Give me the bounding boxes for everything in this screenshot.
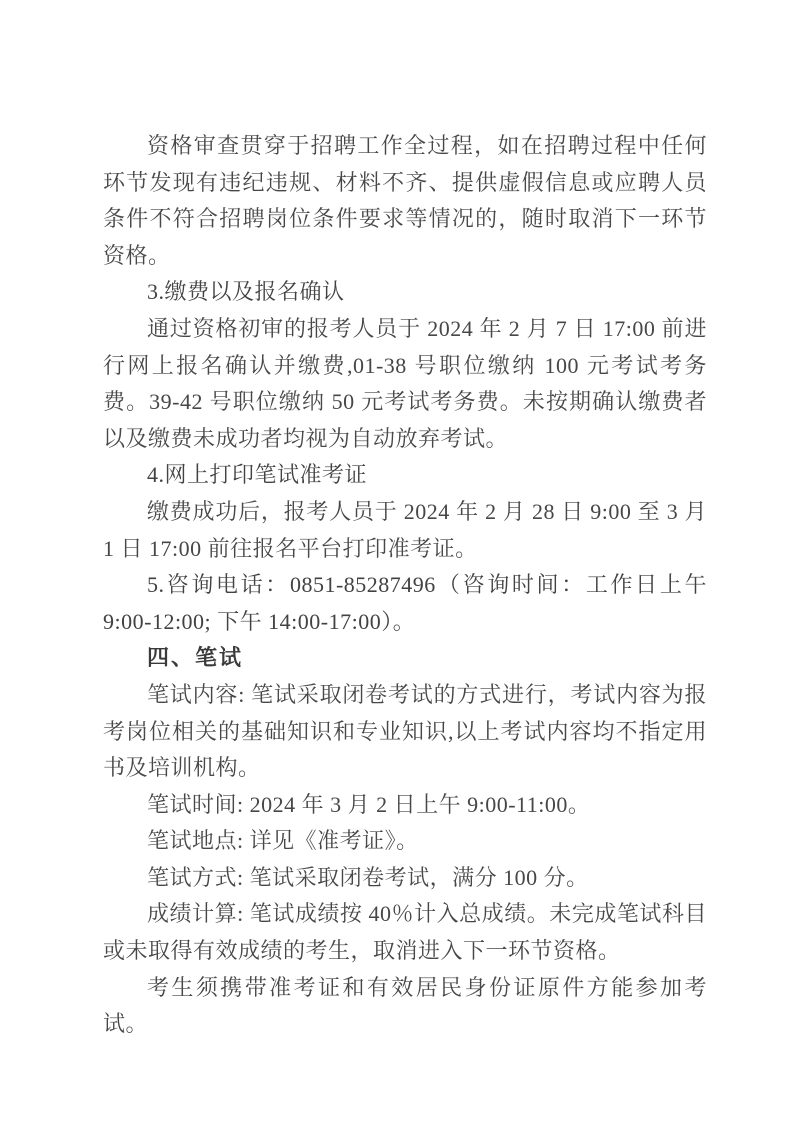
subheading-payment-and-confirmation: 3.缴费以及报名确认	[103, 274, 707, 311]
paragraph-consultation-phone: 5.咨询电话：0851-85287496（咨询时间：工作日上午 9:00-12:…	[103, 567, 707, 640]
section-heading-written-exam: 四、笔试	[103, 640, 707, 677]
paragraph-qualification-review: 资格审查贯穿于招聘工作全过程，如在招聘过程中任何环节发现有违纪违规、材料不齐、提…	[103, 128, 707, 274]
document-body: 资格审查贯穿于招聘工作全过程，如在招聘过程中任何环节发现有违纪违规、材料不齐、提…	[103, 128, 707, 1043]
paragraph-exam-time: 笔试时间: 2024 年 3 月 2 日上午 9:00-11:00。	[103, 787, 707, 824]
subheading-print-admission-ticket: 4.网上打印笔试准考证	[103, 457, 707, 494]
paragraph-exam-method: 笔试方式: 笔试采取闭卷考试，满分 100 分。	[103, 860, 707, 897]
paragraph-exam-content: 笔试内容: 笔试采取闭卷考试的方式进行，考试内容为报考岗位相关的基础知识和专业知…	[103, 677, 707, 787]
paragraph-payment-details: 通过资格初审的报考人员于 2024 年 2 月 7 日 17:00 前进行网上报…	[103, 311, 707, 457]
paragraph-score-calculation: 成绩计算: 笔试成绩按 40％计入总成绩。未完成笔试科目或未取得有效成绩的考生，…	[103, 896, 707, 969]
paragraph-id-requirement: 考生须携带准考证和有效居民身份证原件方能参加考试。	[103, 970, 707, 1043]
document-page: 资格审查贯穿于招聘工作全过程，如在招聘过程中任何环节发现有违纪违规、材料不齐、提…	[0, 0, 793, 1122]
paragraph-print-details: 缴费成功后，报考人员于 2024 年 2 月 28 日 9:00 至 3 月 1…	[103, 494, 707, 567]
paragraph-exam-location: 笔试地点: 详见《准考证》。	[103, 823, 707, 860]
